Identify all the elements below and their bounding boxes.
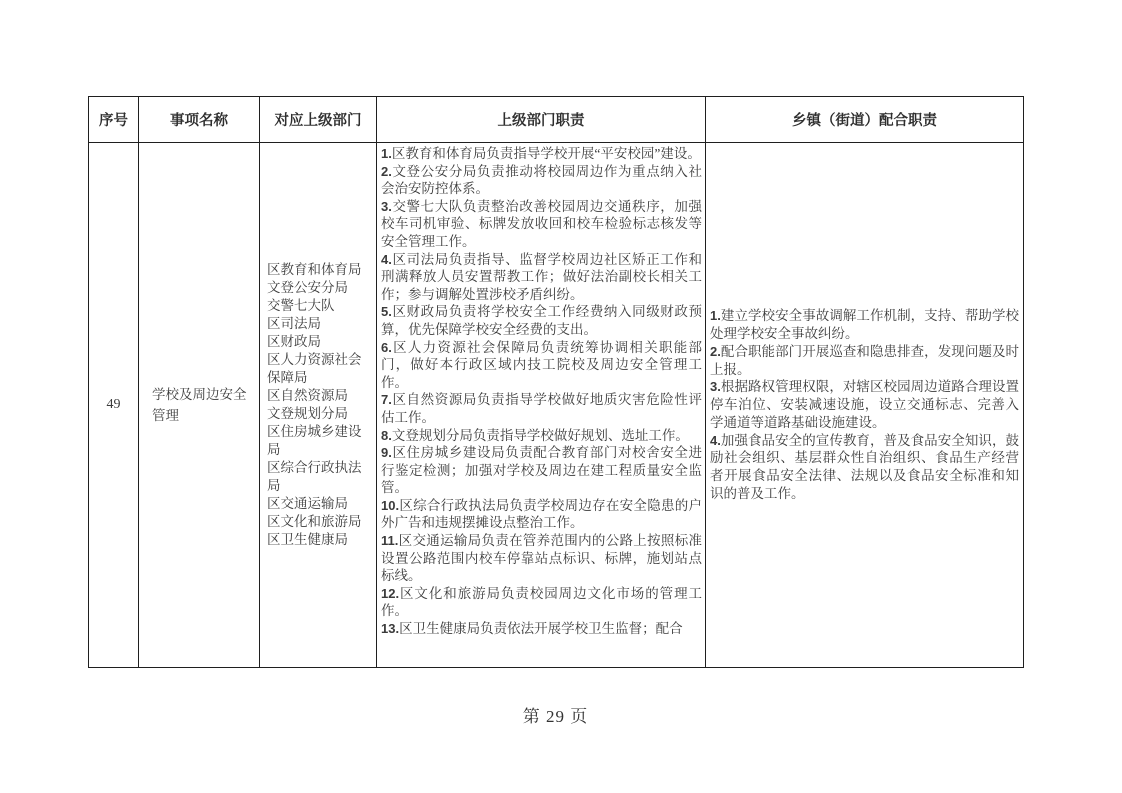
superior-duty-item: 1.区教育和体育局负责指导学校开展“平安校园”建设。 (381, 145, 702, 163)
cell-row-number: 49 (89, 143, 139, 668)
duty-text: 区自然资源局负责指导学校做好地质灾害危险性评估工作。 (381, 392, 702, 425)
duty-number: 1. (381, 146, 392, 161)
header-superior-departments: 对应上级部门 (260, 97, 377, 143)
duty-number: 4. (381, 252, 392, 267)
duty-text: 区教育和体育局负责指导学校开展“平安校园”建设。 (392, 146, 701, 161)
duty-text: 区财政局负责将学校安全工作经费纳入同级财政预算，优先保障学校安全经费的支出。 (381, 304, 702, 337)
superior-duty-item: 5.区财政局负责将学校安全工作经费纳入同级财政预算，优先保障学校安全经费的支出。 (381, 303, 702, 338)
table-row: 49 学校及周边安全管理 区教育和体育局 文登公安分局 交警七大队 区司法局 区… (89, 143, 1024, 668)
duty-number: 12. (381, 586, 399, 601)
superior-duty-item: 6.区人力资源社会保障局负责统筹协调相关职能部门，做好本行政区域内技工院校及周边… (381, 339, 702, 392)
township-duty-item: 1.建立学校安全事故调解工作机制，支持、帮助学校处理学校安全事故纠纷。 (710, 307, 1019, 343)
duty-number: 4. (710, 433, 721, 448)
township-duty-item: 2.配合职能部门开展巡查和隐患排查，发现问题及时上报。 (710, 343, 1019, 379)
duty-text: 区交通运输局负责在管养范围内的公路上按照标准设置公路范围内校车停靠站点标识、标牌… (381, 533, 702, 583)
duty-text: 区综合行政执法局负责学校周边存在安全隐患的户外广告和违规摆摊设点整治工作。 (381, 498, 702, 531)
superior-duty-item: 8.文登规划分局负责指导学校做好规划、选址工作。 (381, 427, 702, 445)
cell-township-duties: 1.建立学校安全事故调解工作机制，支持、帮助学校处理学校安全事故纠纷。 2.配合… (706, 143, 1024, 668)
duty-text: 建立学校安全事故调解工作机制，支持、帮助学校处理学校安全事故纠纷。 (710, 308, 1019, 341)
superior-duty-item: 11.区交通运输局负责在管养范围内的公路上按照标准设置公路范围内校车停靠站点标识… (381, 532, 702, 585)
duty-text: 区住房城乡建设局负责配合教育部门对校舍安全进行鉴定检测；加强对学校及周边在建工程… (381, 445, 702, 495)
duty-number: 5. (381, 304, 392, 319)
header-item-name: 事项名称 (139, 97, 260, 143)
cell-item-name: 学校及周边安全管理 (139, 143, 260, 668)
duty-number: 6. (381, 340, 392, 355)
table-header-row: 序号 事项名称 对应上级部门 上级部门职责 乡镇（街道）配合职责 (89, 97, 1024, 143)
superior-duty-item: 3.交警七大队负责整治改善校园周边交通秩序，加强校车司机审验、标牌发放收回和校车… (381, 198, 702, 251)
duty-number: 3. (381, 199, 392, 214)
header-township-duties: 乡镇（街道）配合职责 (706, 97, 1024, 143)
duty-text: 区人力资源社会保障局负责统筹协调相关职能部门，做好本行政区域内技工院校及周边安全… (381, 340, 702, 390)
duty-number: 11. (381, 533, 398, 548)
superior-duty-item: 12.区文化和旅游局负责校园周边文化市场的管理工作。 (381, 585, 702, 620)
superior-duty-item: 10.区综合行政执法局负责学校周边存在安全隐患的户外广告和违规摆摊设点整治工作。 (381, 497, 702, 532)
duty-text: 配合职能部门开展巡查和隐患排查，发现问题及时上报。 (710, 344, 1019, 377)
duty-text: 文登公安分局负责推动将校园周边作为重点纳入社会治安防控体系。 (381, 164, 702, 197)
duty-number: 8. (381, 428, 392, 443)
duty-number: 10. (381, 498, 399, 513)
duty-text: 交警七大队负责整治改善校园周边交通秩序，加强校车司机审验、标牌发放收回和校车检验… (381, 199, 702, 249)
cell-superior-duties: 1.区教育和体育局负责指导学校开展“平安校园”建设。 2.文登公安分局负责推动将… (377, 143, 706, 668)
duty-number: 7. (381, 392, 392, 407)
superior-duty-item: 13.区卫生健康局负责依法开展学校卫生监督；配合 (381, 620, 702, 638)
header-superior-duties: 上级部门职责 (377, 97, 706, 143)
cell-department-list: 区教育和体育局 文登公安分局 交警七大队 区司法局 区财政局 区人力资源社会保障… (260, 143, 377, 668)
duty-text: 文登规划分局负责指导学校做好规划、选址工作。 (392, 428, 689, 443)
duty-text: 根据路权管理权限，对辖区校园周边道路合理设置停车泊位、安装减速设施，设立交通标志… (710, 379, 1019, 430)
duty-text: 区司法局负责指导、监督学校周边社区矫正工作和刑满释放人员安置帮教工作；做好法治副… (381, 252, 702, 302)
duty-number: 1. (710, 308, 721, 323)
duty-number: 2. (710, 344, 721, 359)
township-duty-item: 3.根据路权管理权限，对辖区校园周边道路合理设置停车泊位、安装减速设施，设立交通… (710, 378, 1019, 431)
township-duty-item: 4.加强食品安全的宣传教育，普及食品安全知识，鼓励社会组织、基层群众性自治组织、… (710, 432, 1019, 503)
duty-text: 区卫生健康局负责依法开展学校卫生监督；配合 (399, 621, 683, 636)
duty-number: 9. (381, 445, 392, 460)
page-number-footer: 第 29 页 (88, 702, 1023, 727)
duty-text: 加强食品安全的宣传教育，普及食品安全知识，鼓励社会组织、基层群众性自治组织、食品… (710, 433, 1019, 501)
duties-table: 序号 事项名称 对应上级部门 上级部门职责 乡镇（街道）配合职责 49 学校及周… (88, 96, 1024, 668)
superior-duty-item: 9.区住房城乡建设局负责配合教育部门对校舍安全进行鉴定检测；加强对学校及周边在建… (381, 444, 702, 497)
superior-duty-item: 7.区自然资源局负责指导学校做好地质灾害危险性评估工作。 (381, 391, 702, 426)
superior-duty-item: 2.文登公安分局负责推动将校园周边作为重点纳入社会治安防控体系。 (381, 163, 702, 198)
duty-text: 区文化和旅游局负责校园周边文化市场的管理工作。 (381, 586, 702, 619)
duty-number: 13. (381, 621, 399, 636)
document-page: 序号 事项名称 对应上级部门 上级部门职责 乡镇（街道）配合职责 49 学校及周… (0, 0, 1122, 793)
duty-number: 3. (710, 379, 721, 394)
duty-number: 2. (381, 164, 392, 179)
header-no: 序号 (89, 97, 139, 143)
superior-duty-item: 4.区司法局负责指导、监督学校周边社区矫正工作和刑满释放人员安置帮教工作；做好法… (381, 251, 702, 304)
